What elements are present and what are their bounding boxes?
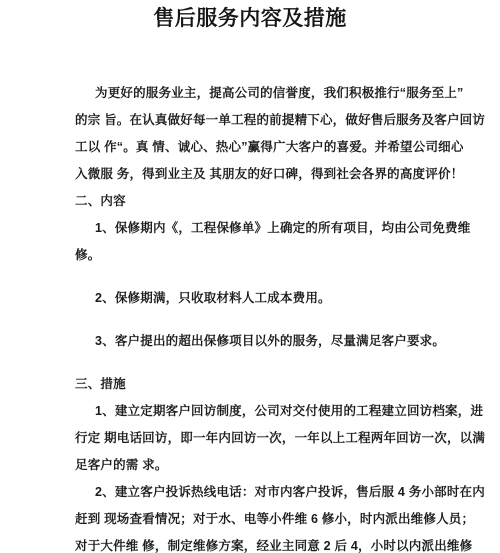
text-line: 3、客户提出的超出保修项目以外的服务，尽量满足客户要求。 <box>75 328 475 355</box>
document-body: 为更好的服务业主，提高公司的信誉度，我们积极推行“服务至上”的宗 旨。在认真做好… <box>75 80 475 553</box>
text-line: 足客户的需 求。 <box>75 452 475 479</box>
text-line: 的宗 旨。在认真做好每一单工程的前提精下心，做好售后服务及客户回访 <box>75 107 475 134</box>
text-line: 入微服 务，得到业主及 其朋友的好口碑，得到社会各界的高度评价！ <box>75 161 475 188</box>
text-line: 修。 <box>75 242 475 269</box>
text-line: 1、建立定期客户回访制度，公司对交付使用的工程建立回访档案，进 <box>75 398 475 425</box>
text-line: 为更好的服务业主，提高公司的信誉度，我们积极推行“服务至上” <box>75 80 475 107</box>
text-line: 赶到 现场查看情况；对于水、电等小件维 6 修小，时内派出维修人员； <box>75 506 475 533</box>
text-line: 2、保修期满，只收取材料人工成本费用。 <box>75 285 475 312</box>
text-line: 对于大件维 修，制定维修方案，经业主同意 2 后 4，小时以内派出维修 <box>75 533 475 553</box>
document-page: 售后服务内容及措施 为更好的服务业主，提高公司的信誉度，我们积极推行“服务至上”… <box>0 0 500 553</box>
text-line: 2、建立客户投诉热线电话：对市内客户投诉，售后服 4 务小部时在内 <box>75 479 475 506</box>
text-line: 三、措施 <box>75 371 475 398</box>
text-line: 行定 期电话回访，即一年内回访一次，一年以上工程两年回访一次，以满 <box>75 425 475 452</box>
text-line: 工以 作“。真 情、诚心、热心”赢得广大客户的喜爱。并希望公司细心 <box>75 134 475 161</box>
document-title: 售后服务内容及措施 <box>0 3 500 34</box>
text-line: 1、保修期内《，工程保修单》上确定的所有项目，均由公司免费维 <box>75 215 475 242</box>
text-line: 二、内容 <box>75 188 475 215</box>
